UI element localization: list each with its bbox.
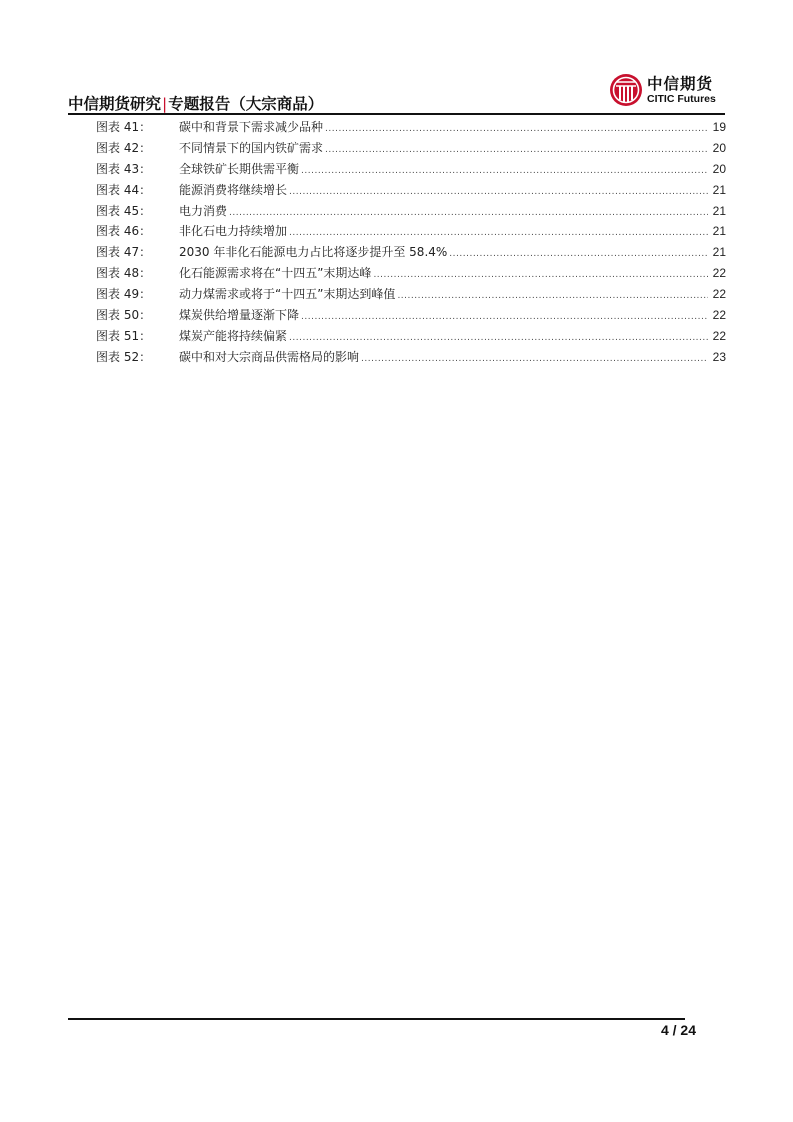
toc-leader-dots: ........................................… <box>229 203 708 224</box>
toc-leader-dots: ........................................… <box>397 286 708 307</box>
toc-entry-page[interactable]: 22 <box>710 284 726 305</box>
toc-leader-dots: ........................................… <box>289 328 708 349</box>
toc-entry[interactable]: 图表 44： 能源消费将继续增长 .......................… <box>96 180 726 201</box>
toc-leader-dots: ........................................… <box>289 223 708 244</box>
toc-entry-title[interactable]: 2030 年非化石能源电力占比将逐步提升至 58.4% <box>179 242 447 263</box>
header-title-left: 中信期货研究 <box>68 95 161 113</box>
header-title-separator: | <box>162 95 167 113</box>
toc-entry-page[interactable]: 22 <box>710 263 726 284</box>
toc-leader-dots: ........................................… <box>325 119 708 140</box>
citic-logo-icon <box>609 73 643 107</box>
toc-entry-title[interactable]: 电力消费 <box>179 201 227 222</box>
toc-entry[interactable]: 图表 50： 煤炭供给增量逐渐下降 ......................… <box>96 305 726 326</box>
toc-entry-title[interactable]: 非化石电力持续增加 <box>179 221 287 242</box>
toc-entry-page[interactable]: 19 <box>710 117 726 138</box>
toc-leader-dots: ........................................… <box>289 182 708 203</box>
toc-entry[interactable]: 图表 42： 不同情景下的国内铁矿需求 ....................… <box>96 138 726 159</box>
toc-leader-dots: ........................................… <box>449 244 708 265</box>
toc-entry-title[interactable]: 碳中和背景下需求减少品种 <box>179 117 323 138</box>
toc-entry-label: 图表 45： <box>96 201 179 222</box>
toc-entry-title[interactable]: 全球铁矿长期供需平衡 <box>179 159 299 180</box>
toc-entry-page[interactable]: 21 <box>710 221 726 242</box>
toc-entry-page[interactable]: 20 <box>710 159 726 180</box>
toc-entry-label: 图表 49： <box>96 284 179 305</box>
toc-entry-page[interactable]: 20 <box>710 138 726 159</box>
figure-table-of-contents: 图表 41： 碳中和背景下需求减少品种 ....................… <box>96 117 726 368</box>
toc-leader-dots: ........................................… <box>373 265 708 286</box>
toc-entry[interactable]: 图表 52： 碳中和对大宗商品供需格局的影响 .................… <box>96 347 726 368</box>
logo-name-en: CITIC Futures <box>647 94 716 105</box>
toc-entry-title[interactable]: 煤炭产能将持续偏紧 <box>179 326 287 347</box>
toc-entry[interactable]: 图表 49： 动力煤需求或将于“十四五”末期达到峰值 .............… <box>96 284 726 305</box>
toc-entry-page[interactable]: 22 <box>710 305 726 326</box>
toc-entry[interactable]: 图表 48： 化石能源需求将在“十四五”末期达峰 ...............… <box>96 263 726 284</box>
toc-entry-label: 图表 51： <box>96 326 179 347</box>
company-logo: 中信期货 CITIC Futures <box>609 72 716 108</box>
footer-divider <box>68 1018 685 1020</box>
toc-entry-page[interactable]: 21 <box>710 180 726 201</box>
toc-entry-page[interactable]: 21 <box>710 201 726 222</box>
toc-entry-label: 图表 44： <box>96 180 179 201</box>
toc-entry-label: 图表 43： <box>96 159 179 180</box>
toc-entry-label: 图表 52： <box>96 347 179 368</box>
page-number: 4 / 24 <box>600 1022 696 1038</box>
toc-entry[interactable]: 图表 51： 煤炭产能将持续偏紧 .......................… <box>96 326 726 347</box>
toc-entry[interactable]: 图表 43： 全球铁矿长期供需平衡 ......................… <box>96 159 726 180</box>
header-title-right: 专题报告（大宗商品） <box>168 95 323 113</box>
report-header-title: 中信期货研究|专题报告（大宗商品） <box>68 92 323 114</box>
logo-name-cn: 中信期货 <box>647 76 716 92</box>
toc-entry[interactable]: 图表 45： 电力消费 ............................… <box>96 201 726 222</box>
toc-entry-label: 图表 42： <box>96 138 179 159</box>
toc-entry-title[interactable]: 不同情景下的国内铁矿需求 <box>179 138 323 159</box>
toc-entry-title[interactable]: 煤炭供给增量逐渐下降 <box>179 305 299 326</box>
toc-entry-label: 图表 41： <box>96 117 179 138</box>
toc-entry-title[interactable]: 能源消费将继续增长 <box>179 180 287 201</box>
toc-entry-title[interactable]: 动力煤需求或将于“十四五”末期达到峰值 <box>179 284 395 305</box>
toc-leader-dots: ........................................… <box>361 349 708 370</box>
toc-entry-label: 图表 46： <box>96 221 179 242</box>
toc-entry-label: 图表 48： <box>96 263 179 284</box>
toc-entry-page[interactable]: 22 <box>710 326 726 347</box>
toc-entry[interactable]: 图表 41： 碳中和背景下需求减少品种 ....................… <box>96 117 726 138</box>
toc-leader-dots: ........................................… <box>301 307 708 328</box>
toc-entry-title[interactable]: 碳中和对大宗商品供需格局的影响 <box>179 347 359 368</box>
toc-entry[interactable]: 图表 46： 非化石电力持续增加 .......................… <box>96 221 726 242</box>
toc-entry-page[interactable]: 21 <box>710 242 726 263</box>
toc-entry-label: 图表 50： <box>96 305 179 326</box>
header-divider <box>68 113 725 115</box>
toc-entry-label: 图表 47： <box>96 242 179 263</box>
toc-leader-dots: ........................................… <box>301 161 708 182</box>
toc-leader-dots: ........................................… <box>325 140 708 161</box>
toc-entry-title[interactable]: 化石能源需求将在“十四五”末期达峰 <box>179 263 371 284</box>
toc-entry[interactable]: 图表 47： 2030 年非化石能源电力占比将逐步提升至 58.4% .....… <box>96 242 726 263</box>
toc-entry-page[interactable]: 23 <box>710 347 726 368</box>
